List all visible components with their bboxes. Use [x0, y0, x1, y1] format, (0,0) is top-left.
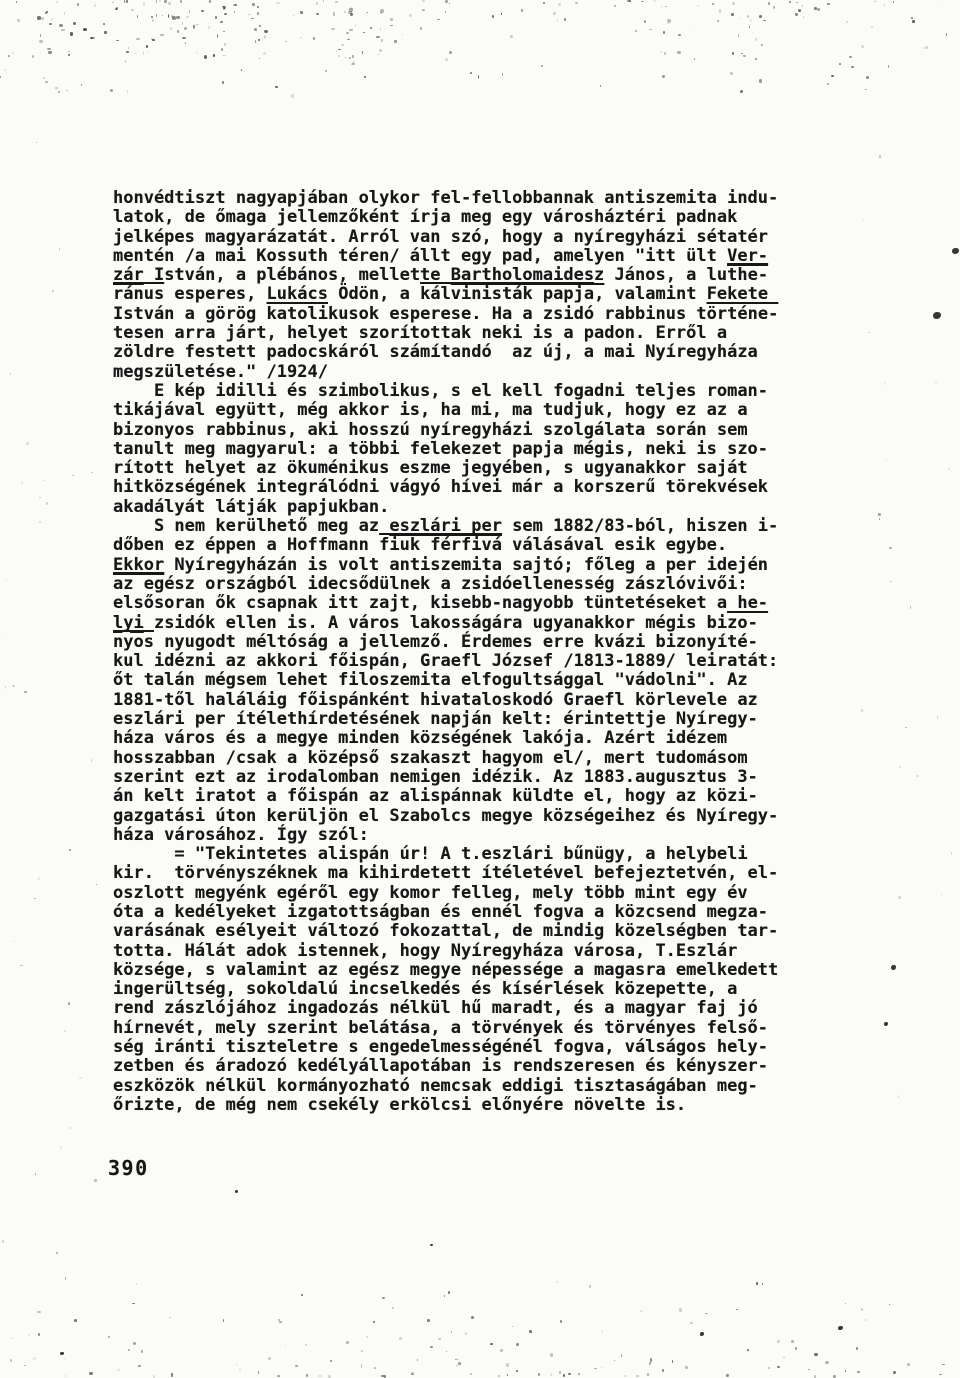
text-line: megszületése." /1924/ — [113, 363, 778, 382]
scan-speck — [39, 521, 40, 523]
scan-speck — [422, 0, 425, 2]
scan-speck — [763, 20, 766, 21]
scan-speck — [846, 21, 848, 24]
scan-speck — [448, 1291, 449, 1294]
scan-speck — [234, 11, 235, 14]
scan-speck — [264, 35, 266, 39]
scan-speck — [564, 18, 566, 21]
scan-speck — [863, 219, 864, 221]
scan-speck — [125, 61, 126, 62]
scan-speck — [802, 5, 803, 7]
scan-speck — [116, 7, 118, 10]
scan-speck — [445, 0, 448, 2]
scan-speck — [169, 1317, 171, 1318]
scan-speck — [381, 39, 383, 41]
scan-speck — [665, 6, 667, 7]
scan-speck — [361, 1364, 363, 1367]
scan-speck — [465, 1332, 467, 1335]
overstruck-text: ránus — [113, 284, 164, 304]
text-line: rend zászlójához ingadozás nélkül hű mar… — [113, 999, 778, 1018]
ink-blot — [933, 312, 941, 319]
scan-speck — [56, 1252, 59, 1254]
scan-speck — [427, 1319, 429, 1322]
text-line: kul idézni az akkori főispán, Graefl Józ… — [113, 652, 778, 671]
scan-speck — [124, 0, 125, 3]
scan-speck — [869, 332, 871, 334]
scan-speck — [213, 54, 215, 57]
scan-speck — [394, 40, 396, 44]
scan-speck — [74, 1319, 77, 1322]
scan-speck — [45, 81, 48, 83]
scan-speck — [151, 16, 153, 18]
scan-speck — [827, 3, 830, 5]
scan-speck — [791, 1340, 794, 1342]
scan-speck — [156, 0, 158, 3]
scan-speck — [258, 1371, 259, 1373]
scan-speck — [550, 1353, 553, 1356]
text-segment: hitközségének integrálódni vágyó hívei m… — [113, 477, 768, 497]
text-segment: esperes, — [164, 284, 266, 304]
text-line: tanult meg magyarul: a többi felekezet p… — [113, 440, 778, 459]
scan-speck — [912, 20, 915, 23]
overstruck-text: katoli — [267, 304, 328, 324]
scan-speck — [890, 581, 892, 582]
scan-speck — [316, 2, 317, 5]
text-line: kir. törvényszéknek ma kihirdetett ítéle… — [113, 864, 778, 883]
scan-speck — [143, 2, 146, 6]
scan-speck — [874, 1, 877, 2]
text-segment: mentén /a mai Kossuth téren/ állt egy pa… — [113, 246, 727, 266]
scan-speck — [252, 3, 254, 6]
scan-speck — [636, 1375, 638, 1378]
scan-speck — [220, 21, 223, 23]
scan-speck — [24, 1365, 26, 1366]
scan-speck — [81, 84, 82, 87]
scan-speck — [663, 31, 665, 33]
scan-speck — [223, 31, 225, 33]
text-line: bizonyos rabbinus, aki hosszú nyíregyház… — [113, 421, 778, 440]
scan-speck — [254, 28, 256, 31]
scan-speck — [146, 45, 148, 48]
scan-speck — [560, 1320, 562, 1323]
scan-speck — [262, 29, 263, 30]
scan-speck — [726, 1374, 729, 1377]
underlined-text: eszlári per — [389, 516, 502, 536]
scan-speck — [861, 1308, 863, 1311]
text-segment: kul idézni az akkori főispán, Graefl Józ… — [113, 651, 778, 671]
scan-speck — [601, 1367, 602, 1368]
scan-speck — [8, 55, 11, 57]
scan-speck — [344, 57, 348, 58]
scan-speck — [516, 1370, 518, 1372]
scan-speck — [379, 49, 382, 52]
scan-speck — [578, 1373, 580, 1376]
scan-speck — [336, 51, 338, 52]
scan-speck — [180, 0, 182, 3]
scan-speck — [182, 22, 183, 25]
scan-speck — [761, 44, 763, 45]
scan-speck — [685, 1366, 688, 1369]
scan-speck — [335, 1, 338, 3]
scan-speck — [449, 3, 450, 4]
overstruck-text: nyos — [113, 632, 154, 652]
scan-speck — [538, 1373, 541, 1376]
scan-speck — [749, 26, 751, 28]
scan-speck — [373, 1321, 375, 1323]
scan-speck — [117, 1369, 120, 1371]
scan-speck — [777, 1366, 780, 1368]
scan-speck — [46, 502, 48, 505]
scan-speck — [184, 27, 187, 30]
scan-speck — [417, 1359, 418, 1361]
scan-speck — [222, 55, 226, 56]
scan-speck — [817, 8, 820, 11]
scan-speck — [134, 53, 137, 55]
scan-speck — [411, 1374, 413, 1376]
underlined-text: Bartholomaidesz — [451, 265, 605, 285]
text-segment: jelképes magyarázatát. Arról van szó, ho… — [113, 227, 768, 247]
scan-speck — [506, 1363, 508, 1366]
ink-blot — [60, 1352, 64, 1355]
scan-speck — [557, 19, 558, 21]
scan-speck — [153, 1375, 155, 1378]
scan-speck — [58, 91, 60, 94]
scan-speck — [16, 1, 17, 3]
text-segment: Ödön, a — [328, 284, 420, 304]
scan-speck — [279, 1321, 282, 1322]
text-line: ránus esperes, Lukács Ödön, a kálvinistá… — [113, 285, 778, 304]
scan-speck — [445, 11, 446, 13]
scan-speck — [451, 1331, 452, 1333]
text-line: eszlári per ítélethírdetésének napján ke… — [113, 710, 778, 729]
scan-speck — [814, 7, 817, 10]
scan-speck — [116, 40, 119, 41]
scan-speck — [300, 11, 303, 13]
scan-speck — [61, 29, 64, 30]
scan-speck — [732, 52, 734, 55]
text-segment: zsidók ellen is. A város lakosságára ugy… — [144, 613, 727, 633]
scan-speck — [112, 2, 114, 3]
scan-speck — [662, 1369, 663, 1372]
scan-speck — [186, 16, 189, 19]
text-line: rított helyet az ökuménikus eszme jegyéb… — [113, 459, 778, 478]
scan-speck — [939, 1374, 942, 1375]
scan-speck — [277, 1375, 280, 1377]
scan-speck — [65, 1277, 66, 1279]
scan-speck — [278, 1319, 279, 1321]
text-line: zár István, a plébános, mellette Barthol… — [113, 266, 778, 285]
scan-speck — [653, 0, 655, 2]
scan-speck — [305, 1344, 307, 1346]
scan-speck — [331, 28, 335, 29]
text-line: az egész országból idecsődülnek a zsidóe… — [113, 575, 778, 594]
scan-speck — [644, 20, 646, 22]
scan-speck — [39, 497, 40, 498]
scan-speck — [38, 877, 40, 880]
scan-speck — [755, 38, 757, 41]
scan-speck — [34, 898, 36, 899]
scan-speck — [512, 1326, 513, 1327]
scan-speck — [193, 25, 195, 29]
scan-speck — [96, 884, 97, 885]
scan-speck — [568, 1373, 571, 1375]
scan-speck — [48, 51, 52, 54]
scan-speck — [660, 51, 662, 54]
scan-speck — [33, 1357, 36, 1360]
scan-speck — [600, 85, 602, 87]
scan-speck — [444, 1295, 445, 1297]
text-segment: totta. Hálát adok istennek, hogy Nyíregy… — [113, 941, 737, 961]
scan-speck — [705, 1313, 708, 1315]
scan-speck — [731, 13, 733, 16]
scan-speck — [420, 27, 422, 30]
text-segment: sem 1882/83-ból, hiszen i- — [502, 516, 778, 536]
scan-speck — [217, 34, 218, 38]
scan-speck — [529, 1330, 532, 1332]
scan-speck — [51, 18, 53, 21]
scan-speck — [52, 290, 54, 292]
scan-speck — [352, 61, 355, 65]
scan-speck — [127, 90, 128, 93]
scan-speck — [73, 22, 76, 25]
text-segment: kir. törvényszéknek ma kihirdetett ítéle… — [113, 863, 778, 883]
scan-speck — [338, 55, 340, 57]
scan-speck — [128, 1349, 130, 1351]
overstruck-text: zo- — [727, 613, 758, 633]
scan-speck — [849, 56, 851, 58]
scan-speck — [814, 1375, 816, 1378]
scan-speck — [259, 25, 261, 28]
scan-speck — [215, 16, 217, 19]
scan-speck — [889, 547, 892, 549]
scan-speck — [236, 1364, 237, 1365]
scan-speck — [730, 72, 733, 74]
scan-speck — [152, 19, 154, 21]
scan-speck — [741, 53, 743, 54]
scan-speck — [347, 39, 351, 40]
scan-speck — [5, 579, 8, 581]
scan-speck — [285, 1345, 286, 1346]
scan-speck — [747, 1349, 749, 1350]
ink-blot — [838, 1326, 843, 1330]
scan-speck — [740, 90, 743, 93]
overstruck-text: fiuk férfivá — [379, 535, 502, 555]
scan-speck — [376, 36, 379, 38]
scan-speck — [38, 1333, 40, 1336]
scan-speck — [333, 12, 334, 16]
text-segment: S nem kerülhető meg az — [113, 516, 389, 536]
scan-speck — [143, 51, 144, 55]
overstruck-text: örténe- — [707, 304, 779, 324]
text-segment: 1881-től haláláig főispánként hivatalosk… — [113, 690, 758, 710]
scan-speck — [94, 4, 96, 7]
scan-speck — [762, 1283, 763, 1285]
text-line: hosszabban /csak a középső szakaszt hagy… — [113, 749, 778, 768]
scan-speck — [558, 3, 560, 6]
scan-speck — [12, 52, 14, 55]
scan-speck — [94, 1179, 97, 1182]
scan-speck — [685, 35, 686, 37]
text-segment: Nyíregyházán is volt antiszemita sajtó; … — [164, 555, 768, 575]
text-segment: óta a kedélyeket izgatottságban és ennél… — [113, 902, 768, 922]
scan-speck — [68, 51, 70, 52]
text-segment: gazgatási úton kerüljön el Szabolcs megy… — [113, 806, 778, 826]
text-line: zetben és áradozó kedélyállapotában is r… — [113, 1057, 778, 1076]
scan-speck — [137, 15, 138, 18]
scan-speck — [355, 24, 356, 27]
scan-speck — [66, 90, 67, 92]
scan-speck — [759, 79, 761, 82]
scan-speck — [361, 1350, 362, 1352]
scan-speck — [263, 52, 266, 55]
scan-speck — [392, 1307, 393, 1309]
text-line: háza város és a megye minden községének … — [113, 729, 778, 748]
scan-speck — [189, 10, 190, 13]
scan-speck — [740, 17, 742, 20]
scan-speck — [697, 5, 699, 6]
scan-speck — [136, 38, 140, 40]
text-line: zöldre festett padocskáról számítandó az… — [113, 343, 778, 362]
scan-speck — [667, 19, 670, 22]
text-line: szerint ezt az irodalomban nemigen idézi… — [113, 768, 778, 787]
scan-speck — [5, 638, 7, 640]
scan-speck — [24, 691, 26, 693]
text-segment: zöldre festett padocskáról számítandó az… — [113, 342, 758, 362]
text-segment: tikájával együtt, még akkor is, ha mi, m… — [113, 400, 748, 420]
text-segment: = "Tekintetes alispán úr! A t.eszlári bű… — [113, 844, 748, 864]
scan-speck — [133, 1342, 136, 1345]
scan-speck — [851, 66, 854, 68]
ink-blot — [891, 965, 896, 970]
scan-speck — [70, 32, 72, 36]
text-segment: elsősoran ők csapnak itt zajt, kisebb-na… — [113, 593, 737, 613]
scan-speck — [446, 1351, 448, 1352]
text-line: tikájával együtt, még akkor is, ha mi, m… — [113, 401, 778, 420]
text-segment: varásának esélyeit változó fokozattal, d… — [113, 921, 778, 941]
scan-speck — [56, 1, 58, 3]
scan-speck — [886, 459, 887, 460]
text-line: gazgatási úton kerüljön el Szabolcs megy… — [113, 807, 778, 826]
page-number: 390 — [108, 1156, 149, 1180]
text-line: hírnevét, mely szerint belátása, a törvé… — [113, 1019, 778, 1038]
scan-speck — [946, 33, 947, 36]
scan-speck — [131, 9, 134, 10]
scan-speck — [26, 442, 29, 445]
scan-speck — [91, 37, 95, 39]
scan-speck — [0, 76, 1, 78]
scan-speck — [865, 89, 867, 90]
scan-speck — [845, 1303, 846, 1304]
scan-speck — [884, 4, 885, 6]
scan-speck — [738, 34, 739, 37]
scan-speck — [879, 155, 882, 157]
scan-speck — [759, 15, 762, 18]
text-segment: akadályát látják papjukban. — [113, 497, 389, 517]
text-segment: községe, s valamint az egész megye népes… — [113, 960, 778, 980]
text-segment: tanult meg magyarul: a többi felekezet p… — [113, 439, 768, 459]
scan-speck — [350, 7, 353, 10]
scan-speck — [641, 1, 644, 2]
scan-speck — [543, 2, 544, 4]
text-segment: nyugodt méltóság a jellemző. Érdemes err… — [154, 632, 758, 652]
scan-speck — [861, 45, 864, 48]
text-segment: ség iránti tiszteletre s engedelmességén… — [113, 1037, 768, 1057]
scan-speck — [275, 86, 278, 87]
ink-blot — [884, 1022, 888, 1026]
scan-speck — [647, 1373, 649, 1376]
text-segment: zetben és áradozó kedélyállapotában is r… — [113, 1056, 768, 1076]
scan-speck — [941, 894, 942, 896]
scan-speck — [223, 1319, 225, 1322]
text-line: tesen arra járt, helyet szorítottak neki… — [113, 324, 778, 343]
text-segment: kusok esperese. Ha a zsidó rabbinus t — [328, 304, 707, 324]
scan-speck — [470, 1373, 471, 1374]
scan-speck — [257, 6, 259, 8]
scan-speck — [37, 1311, 40, 1313]
text-segment: honvédtiszt nagyapjában olykor fel-fello… — [113, 188, 778, 208]
scan-speck — [195, 24, 199, 25]
scan-speck — [28, 1334, 30, 1336]
text-segment: István a görög — [113, 304, 267, 324]
scan-speck — [13, 941, 15, 943]
scan-speck — [352, 55, 353, 58]
scan-speck — [905, 727, 907, 729]
scan-speck — [814, 1353, 817, 1356]
scan-speck — [672, 1360, 673, 1363]
scan-speck — [258, 39, 260, 40]
scanned-document-page: honvédtiszt nagyapjában olykor fel-fello… — [0, 0, 960, 1378]
scan-speck — [108, 1336, 110, 1338]
scan-speck — [251, 18, 254, 19]
scan-speck — [319, 1375, 321, 1377]
scan-speck — [68, 54, 69, 56]
scan-speck — [521, 9, 523, 12]
ink-blot — [430, 1244, 433, 1246]
scan-speck — [374, 1367, 377, 1369]
scan-speck — [64, 1358, 65, 1360]
scan-speck — [224, 13, 227, 15]
scan-speck — [773, 6, 776, 9]
scan-speck — [756, 1282, 757, 1285]
scan-speck — [750, 19, 752, 22]
scan-speck — [341, 44, 344, 46]
scan-speck — [803, 16, 804, 19]
scan-speck — [500, 1349, 503, 1352]
scan-speck — [83, 28, 87, 31]
scan-speck — [255, 40, 257, 43]
scan-speck — [390, 18, 393, 21]
scan-speck — [259, 58, 260, 59]
scan-speck — [422, 9, 425, 11]
text-line: őrizte, de még nem csekély erkölcsi előn… — [113, 1096, 778, 1115]
text-segment: , valamint — [594, 284, 707, 304]
text-line: lyi zsidók ellen is. A város lakosságára… — [113, 614, 778, 633]
scan-speck — [864, 1319, 867, 1321]
scan-speck — [291, 94, 294, 97]
text-segment: válásával esik egybe. — [502, 535, 727, 555]
scan-speck — [839, 63, 840, 65]
ink-blot — [700, 1332, 704, 1336]
scan-speck — [208, 26, 209, 29]
scan-speck — [301, 1294, 303, 1296]
scan-speck — [507, 1374, 508, 1376]
text-line: latok, de őmaga jellemzőként írja meg eg… — [113, 208, 778, 227]
scan-speck — [69, 849, 70, 851]
scan-speck — [789, 1, 791, 4]
scan-speck — [104, 31, 106, 35]
text-line: S nem kerülhető meg az eszlári per sem 1… — [113, 517, 778, 536]
scan-speck — [559, 1371, 561, 1374]
